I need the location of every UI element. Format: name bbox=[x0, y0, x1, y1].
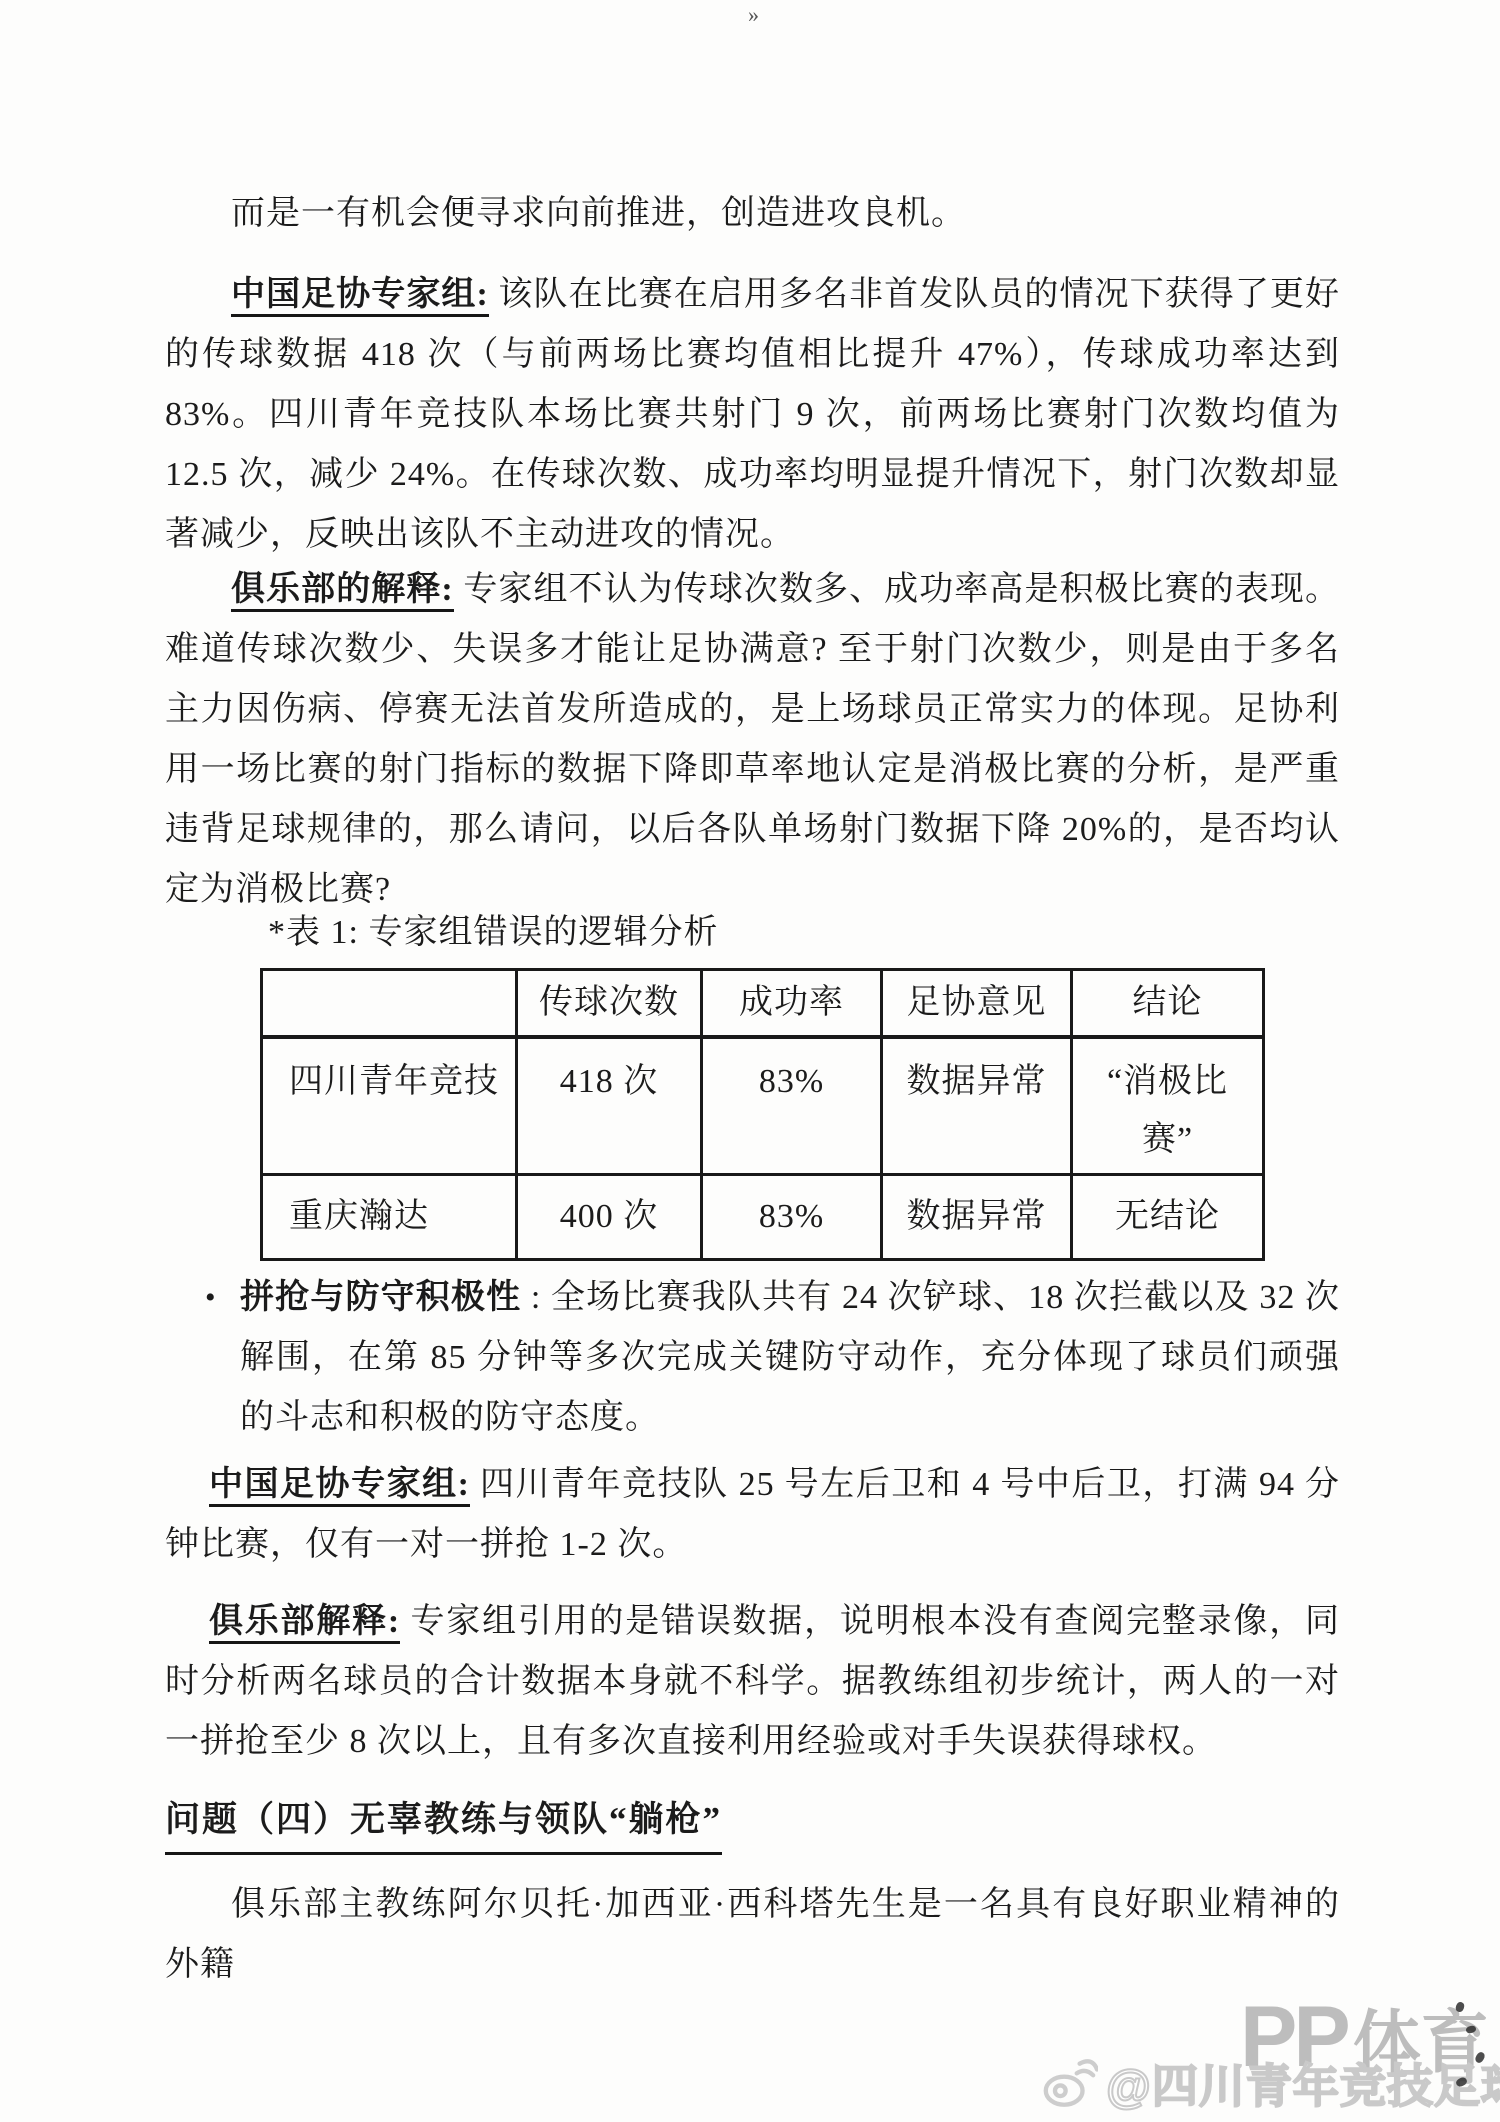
final-text: 俱乐部主教练阿尔贝托·加西亚·西科塔先生是一名具有良好职业精神的外籍 bbox=[165, 1886, 1340, 1983]
table-header-success-rate: 成功率 bbox=[702, 970, 882, 1037]
club-explanation-text-1: 专家组不认为传球次数多、成功率高是积极比赛的表现。难道传球次数少、失误多才能让足… bbox=[165, 571, 1340, 908]
paragraph-final: 俱乐部主教练阿尔贝托·加西亚·西科塔先生是一名具有良好职业精神的外籍 bbox=[165, 1875, 1340, 1995]
scanned-document-page: » 而是一有机会便寻求向前推进，创造进攻良机。 中国足协专家组: 该队在比赛在启… bbox=[0, 0, 1500, 2122]
bullet-label: 拼抢与防守积极性 bbox=[240, 1279, 521, 1316]
table-header-passes: 传球次数 bbox=[517, 970, 702, 1037]
table-header-row: 传球次数 成功率 足协意见 结论 bbox=[262, 970, 1264, 1037]
scan-artifact-mark: » bbox=[748, 2, 759, 28]
table-header-conclusion: 结论 bbox=[1072, 970, 1264, 1037]
opinion-cell: 数据异常 bbox=[882, 1037, 1072, 1175]
paragraph-intro: 而是一有机会便寻求向前推进，创造进攻良机。 bbox=[165, 184, 1340, 244]
paragraph-cfa-expert-1: 中国足协专家组: 该队在比赛在启用多名非首发队员的情况下获得了更好的传球数据 4… bbox=[165, 265, 1340, 565]
intro-text: 而是一有机会便寻求向前推进，创造进攻良机。 bbox=[231, 195, 966, 232]
conclusion-cell: 无结论 bbox=[1072, 1175, 1264, 1260]
club-explanation-label-1: 俱乐部的解释: bbox=[231, 571, 454, 612]
weibo-icon bbox=[1040, 2054, 1098, 2112]
team-cell: 四川青年竞技 bbox=[262, 1037, 517, 1175]
rate-cell: 83% bbox=[702, 1037, 882, 1175]
team-cell: 重庆瀚达 bbox=[262, 1175, 517, 1260]
paragraph-club-explanation-1: 俱乐部的解释: 专家组不认为传球次数多、成功率高是积极比赛的表现。难道传球次数少… bbox=[165, 560, 1340, 920]
table-row: 重庆瀚达 400 次 83% 数据异常 无结论 bbox=[262, 1175, 1264, 1260]
table-header-cfa-opinion: 足协意见 bbox=[882, 970, 1072, 1037]
weibo-credit-text: @四川青年竞技足球俱乐部 bbox=[1106, 2050, 1500, 2116]
passes-cell: 400 次 bbox=[517, 1175, 702, 1260]
rate-cell: 83% bbox=[702, 1175, 882, 1260]
section-heading-question-4: 问题（四）无辜教练与领队“躺枪” bbox=[165, 1790, 722, 1855]
cfa-expert-label-2: 中国足协专家组: bbox=[209, 1466, 470, 1507]
conclusion-cell: “消极比赛” bbox=[1072, 1037, 1264, 1175]
opinion-cell: 数据异常 bbox=[882, 1175, 1072, 1260]
club-explanation-label-2: 俱乐部解释: bbox=[209, 1603, 400, 1644]
paragraph-cfa-expert-2: 中国足协专家组: 四川青年竞技队 25 号左后卫和 4 号中后卫，打满 94 分… bbox=[165, 1455, 1340, 1575]
analysis-table: 传球次数 成功率 足协意见 结论 四川青年竞技 418 次 83% 数据异常 “… bbox=[260, 968, 1265, 1261]
passes-cell: 418 次 bbox=[517, 1037, 702, 1175]
paragraph-club-explanation-2: 俱乐部解释: 专家组引用的是错误数据，说明根本没有查阅完整录像，同时分析两名球员… bbox=[165, 1592, 1340, 1772]
cfa-expert-label-1: 中国足协专家组: bbox=[231, 276, 489, 317]
cfa-expert-text-1: 该队在比赛在启用多名非首发队员的情况下获得了更好的传球数据 418 次（与前两场… bbox=[165, 276, 1340, 553]
table-row: 四川青年竞技 418 次 83% 数据异常 “消极比赛” bbox=[262, 1037, 1264, 1175]
bullet-item-defense: • 拼抢与防守积极性 : 全场比赛我队共有 24 次铲球、18 次拦截以及 32… bbox=[165, 1268, 1340, 1448]
table-caption: *表 1: 专家组错误的逻辑分析 bbox=[268, 908, 718, 958]
table-header-empty bbox=[262, 970, 517, 1037]
bullet-marker: • bbox=[205, 1268, 217, 1328]
weibo-credit-watermark: @四川青年竞技足球俱乐部 bbox=[1040, 2050, 1500, 2116]
